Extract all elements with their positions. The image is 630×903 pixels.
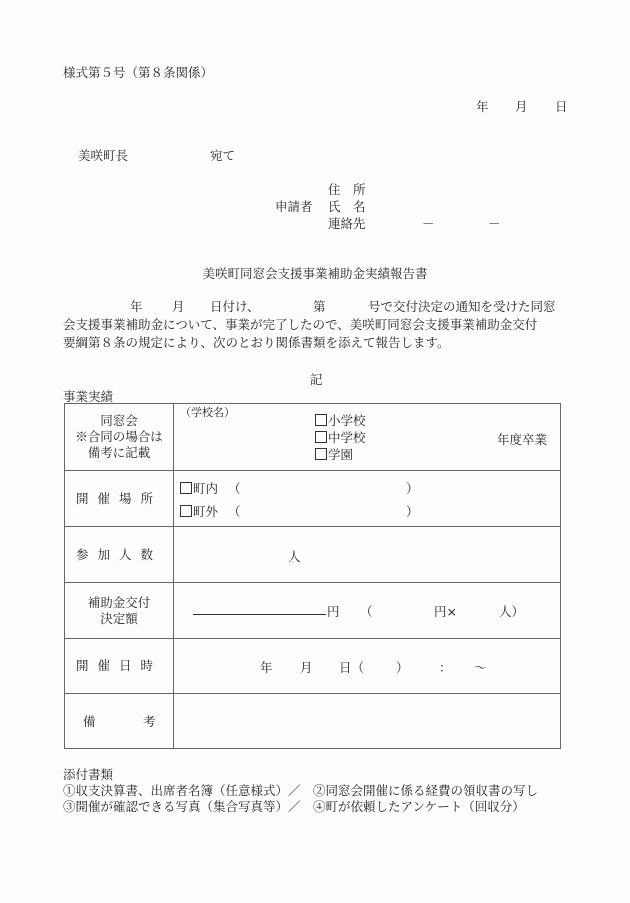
option-label: 学園: [328, 447, 353, 462]
label-text-right: 考: [143, 714, 156, 730]
body-year: 年: [130, 297, 143, 315]
label-text: 開催日時: [76, 658, 162, 673]
applicant-role: 申請者: [275, 197, 313, 215]
option-label: 町外: [193, 504, 218, 519]
label-alumni: 同窓会 ※合同の場合は 備考に記載: [65, 404, 174, 471]
row-datetime: 開催日時 年 月 日（ ） ： ～: [65, 639, 561, 694]
attachments-line-1: ①収支決算書、出席者名簿（任意様式）／ ②同窓会開催に係る経費の領収書の写し: [63, 783, 538, 799]
option-in-town[interactable]: 町内 （ ）: [180, 479, 241, 497]
datetime-value-cell[interactable]: 年 月 日（ ） ： ～: [174, 639, 561, 694]
document-title: 美咲町同窓会支援事業補助金実績報告書: [0, 264, 630, 282]
contact-separator-1: －: [422, 214, 435, 232]
subsidy-amount-blank[interactable]: [193, 600, 326, 615]
dt-year: 年: [260, 658, 273, 676]
name-label: 氏 名: [328, 197, 366, 215]
yen-each-label: 円×: [434, 602, 457, 620]
label-line: 備考に記載: [65, 445, 173, 461]
addressee-name: 美咲町長: [78, 146, 128, 164]
label-text: 開催場所: [76, 491, 162, 506]
label-remarks: 備 考: [65, 694, 174, 749]
option-label: 中学校: [328, 430, 366, 445]
ki-heading: 記: [310, 370, 323, 388]
school-name-label: （学校名）: [180, 404, 235, 420]
people-label: 人）: [499, 602, 524, 620]
school-type-options: 小学校 中学校 学園: [315, 412, 366, 463]
body-line2: 会支援事業補助金について、事業が完了したので、美咲町同窓会支援事業補助金交付: [63, 315, 537, 333]
label-line: ※合同の場合は: [65, 429, 173, 445]
row-subsidy: 補助金交付 決定額 円 （ 円× 人）: [65, 583, 561, 639]
venue-value-cell[interactable]: 町内 （ ） 町外 （ ）: [174, 471, 561, 527]
paren-open: （: [360, 602, 373, 620]
label-venue: 開催場所: [65, 471, 174, 527]
date-year-label: 年: [476, 97, 489, 115]
body-month: 月: [172, 297, 185, 315]
label-line: 決定額: [65, 611, 173, 627]
paren-open: （: [228, 504, 241, 519]
contact-separator-2: －: [488, 214, 501, 232]
label-datetime: 開催日時: [65, 639, 174, 694]
paren-close: ）: [406, 502, 419, 520]
label-line: 補助金交付: [65, 595, 173, 611]
label-subsidy: 補助金交付 決定額: [65, 583, 174, 639]
addressee-suffix: 宛て: [210, 146, 235, 164]
checkbox-icon[interactable]: [315, 414, 327, 426]
participants-unit: 人: [288, 547, 301, 565]
row-alumni: 同窓会 ※合同の場合は 備考に記載 （学校名） 小学校 中学校 学園 年度卒業: [65, 404, 561, 471]
row-venue: 開催場所 町内 （ ） 町外 （ ）: [65, 471, 561, 527]
option-label: 小学校: [328, 413, 366, 428]
paren-open: （: [228, 481, 241, 496]
label-text: 参加人数: [76, 547, 162, 562]
contact-label: 連絡先: [328, 214, 366, 232]
checkbox-icon[interactable]: [180, 482, 192, 494]
option-junior-high[interactable]: 中学校: [315, 429, 366, 446]
alumni-value-cell[interactable]: （学校名） 小学校 中学校 学園 年度卒業: [174, 404, 561, 471]
body-line1-rest: 号で交付決定の通知を受けた同窓: [368, 297, 556, 315]
form-number: 様式第５号（第８条関係）: [63, 63, 213, 81]
body-day: 日付け、: [210, 297, 260, 315]
participants-value-cell[interactable]: 人: [174, 527, 561, 583]
dt-day: 日（: [339, 658, 364, 676]
attachments-section: 添付書類 ①収支決算書、出席者名簿（任意様式）／ ②同窓会開催に係る経費の領収書…: [63, 767, 538, 815]
option-gakuen[interactable]: 学園: [315, 446, 366, 463]
option-label: 町内: [193, 481, 218, 496]
date-day-label: 日: [555, 97, 568, 115]
subsidy-value-cell[interactable]: 円 （ 円× 人）: [174, 583, 561, 639]
attachments-line-2: ③開催が確認できる写真（集合写真等）／ ④町が依頼したアンケート（回収分）: [63, 799, 538, 815]
option-elementary[interactable]: 小学校: [315, 412, 366, 429]
dt-dow-close: ）: [396, 658, 409, 676]
date-month-label: 月: [515, 97, 528, 115]
checkbox-icon[interactable]: [315, 448, 327, 460]
row-remarks: 備 考: [65, 694, 561, 749]
checkbox-icon[interactable]: [180, 505, 192, 517]
report-table: 同窓会 ※合同の場合は 備考に記載 （学校名） 小学校 中学校 学園 年度卒業 …: [64, 403, 561, 749]
dt-month: 月: [300, 658, 313, 676]
option-out-of-town[interactable]: 町外 （ ）: [180, 502, 241, 520]
dt-tilde: ～: [474, 658, 487, 676]
row-participants: 参加人数 人: [65, 527, 561, 583]
label-line: 同窓会: [65, 413, 173, 429]
attachments-heading: 添付書類: [63, 767, 538, 783]
body-line3: 要綱第８条の規定により、次のとおり関係書類を添えて報告します。: [63, 333, 450, 351]
dt-colon: ：: [439, 658, 452, 676]
graduation-suffix: 年度卒業: [497, 430, 547, 448]
remarks-value-cell[interactable]: [174, 694, 561, 749]
paren-close: ）: [406, 479, 419, 497]
body-dai: 第: [313, 297, 326, 315]
yen-label: 円: [327, 602, 340, 620]
address-label: 住 所: [328, 180, 366, 198]
label-participants: 参加人数: [65, 527, 174, 583]
checkbox-icon[interactable]: [315, 431, 327, 443]
label-text-left: 備: [83, 714, 96, 730]
